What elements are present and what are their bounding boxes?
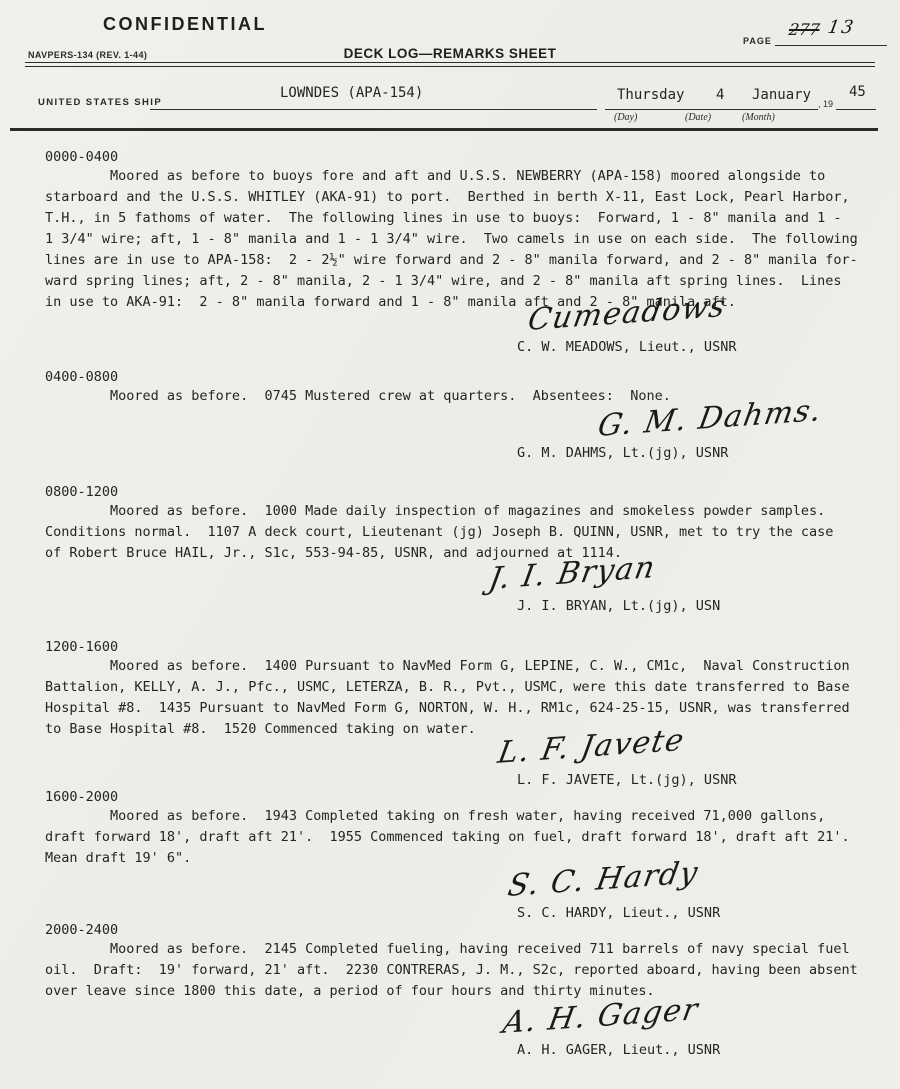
signature-block: L. F. Javete L. F. JAVETE, Lt.(jg), USNR — [500, 736, 890, 788]
entry-body-text: Moored as before. 1943 Completed taking … — [45, 806, 890, 869]
log-entry-0400-0800: 0400-0800 Moored as before. 0745 Mustere… — [45, 368, 890, 461]
entry-body-text: Moored as before. 1000 Made daily inspec… — [45, 501, 890, 564]
signature-block: S. C. Hardy S. C. HARDY, Lieut., USNR — [500, 869, 890, 921]
signature-typed-name: S. C. HARDY, Lieut., USNR — [517, 905, 720, 921]
signature-typed-name: A. H. GAGER, Lieut., USNR — [517, 1042, 720, 1058]
date-column-label: (Date) — [685, 112, 711, 123]
entry-body-text: Moored as before. 1400 Pursuant to NavMe… — [45, 656, 890, 740]
header-double-rule — [25, 62, 875, 67]
deck-log-page: CONFIDENTIAL PAGE 277 13 NAVPERS-134 (RE… — [0, 0, 900, 1089]
signature-typed-name: L. F. JAVETE, Lt.(jg), USNR — [517, 772, 736, 788]
signature-typed-name: G. M. DAHMS, Lt.(jg), USNR — [517, 445, 728, 461]
ship-field-label: UNITED STATES SHIP — [38, 97, 162, 108]
log-entry-0000-0400: 0000-0400 Moored as before to buoys fore… — [45, 148, 890, 355]
form-header: CONFIDENTIAL PAGE 277 13 NAVPERS-134 (RE… — [0, 0, 900, 132]
entry-body-text: Moored as before. 2145 Completed fueling… — [45, 939, 890, 1002]
signature-block: Cumeadows C. W. MEADOWS, Lieut., USNR — [500, 303, 890, 355]
log-entries: 0000-0400 Moored as before to buoys fore… — [0, 148, 900, 1058]
signature-typed-name: C. W. MEADOWS, Lieut., USNR — [517, 339, 736, 355]
date-date-value: 4 — [716, 87, 724, 103]
date-day-value: Thursday — [617, 87, 684, 103]
signature-block: A. H. Gager A. H. GAGER, Lieut., USNR — [500, 1006, 890, 1058]
log-entry-2000-2400: 2000-2400 Moored as before. 2145 Complet… — [45, 921, 890, 1058]
entry-time-range: 0000-0400 — [45, 148, 890, 166]
entry-time-range: 1600-2000 — [45, 788, 890, 806]
ship-name: LOWNDES (APA-154) — [280, 85, 423, 101]
entry-time-range: 1200-1600 — [45, 638, 890, 656]
signature-typed-name: J. I. BRYAN, Lt.(jg), USN — [517, 598, 720, 614]
year-prefix-label: , 19 — [818, 99, 833, 109]
entry-time-range: 0400-0800 — [45, 368, 890, 386]
form-title: DECK LOG—REMARKS SHEET — [0, 46, 900, 61]
page-number-struck: 277 — [788, 20, 821, 39]
entry-time-range: 2000-2400 — [45, 921, 890, 939]
signature-block: J. I. Bryan J. I. BRYAN, Lt.(jg), USN — [500, 562, 890, 614]
entry-time-range: 0800-1200 — [45, 483, 890, 501]
log-entry-0800-1200: 0800-1200 Moored as before. 1000 Made da… — [45, 483, 890, 614]
month-column-label: (Month) — [742, 112, 775, 123]
header-heavy-rule — [10, 128, 878, 131]
date-year-value: 45 — [849, 84, 866, 100]
log-entry-1200-1600: 1200-1600 Moored as before. 1400 Pursuan… — [45, 638, 890, 788]
page-number-handwritten: 13 — [826, 17, 857, 38]
entry-body-text: Moored as before to buoys fore and aft a… — [45, 166, 890, 313]
signature-block: G. M. Dahms. G. M. DAHMS, Lt.(jg), USNR — [500, 409, 890, 461]
classification-stamp: CONFIDENTIAL — [103, 14, 267, 35]
page-field-label: PAGE — [743, 36, 772, 46]
day-column-label: (Day) — [614, 112, 637, 123]
log-entry-1600-2000: 1600-2000 Moored as before. 1943 Complet… — [45, 788, 890, 921]
date-month-value: January — [752, 87, 811, 103]
